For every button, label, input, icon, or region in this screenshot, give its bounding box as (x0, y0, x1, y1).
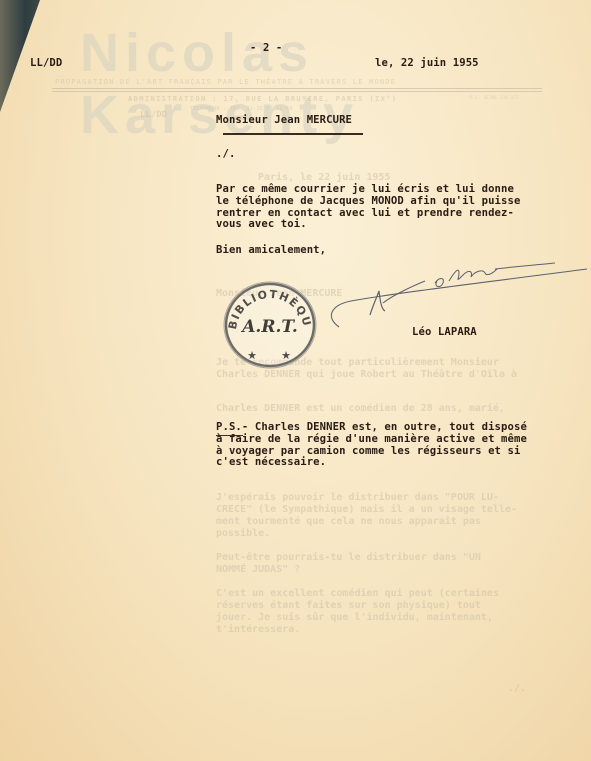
bleed-through-lower-block: J'espérais pouvoir le distribuer dans "P… (216, 492, 517, 636)
bleed-through-line: NOMMÉ JUDAS" ? (216, 564, 517, 576)
letterhead-rule (52, 91, 542, 92)
bleed-through-line: Charles DENNER qui joue Robert au Théâtr… (216, 369, 517, 380)
bleed-through-line: C'est un excellent comédien qui peut (ce… (216, 588, 517, 600)
letterhead-ghost-address: ADMINISTRATION : 17, RUE LA BRUYÈRE, PAR… (128, 95, 398, 103)
handwritten-signature (325, 255, 590, 335)
page-number: - 2 - (250, 42, 282, 54)
letter-page: Nicolas Karsenty PROPAGATION DE L'ART FR… (0, 0, 591, 761)
postscript-line: c'est nécessaire. (216, 457, 576, 469)
stamp-center-text: A.R.T. (240, 317, 298, 337)
letterhead-ghost-tagline: PROPAGATION DE L'ART FRANÇAIS PAR LE THÉ… (55, 78, 396, 86)
signer-name: Léo LAPARA (412, 326, 477, 338)
letterhead-ghost-rc: R.C. SEINE 330.272 (470, 96, 519, 101)
star-icon: ★ (247, 349, 257, 362)
bleed-through-line (216, 576, 517, 588)
recipient-name: Monsieur Jean MERCURE (216, 114, 352, 126)
bleed-through-line: jouer. Je suis sûr que l'individu, maint… (216, 612, 517, 624)
postscript: P.S.- Charles DENNER est, en outre, tout… (216, 422, 576, 469)
bleed-through-line: possible. (216, 528, 517, 540)
reference-initials: LL/DD (30, 57, 62, 69)
bleed-through-line: ment tourmenté que cela ne nous apparaît… (216, 516, 517, 528)
star-icon: ★ (281, 349, 291, 362)
body-line: vous avec toi. (216, 219, 576, 231)
bleed-through-line: CRECE" (le Sympathique) mais il a un vis… (216, 504, 517, 516)
postscript-line: à faire de la régie d'une manière active… (216, 434, 576, 446)
letterhead-ghost-ref: LL/DD (140, 110, 167, 120)
ps-underline (216, 435, 243, 436)
library-stamp: BIBLIOTHÈQUE A.R.T. ★ ★ (222, 280, 318, 370)
closing-salutation: Bien amicalement, (216, 244, 326, 256)
bleed-through-line (216, 540, 517, 552)
bleed-through-continuation: ./. (508, 683, 526, 694)
body-paragraph: Par ce même courrier je lui écris et lui… (216, 184, 576, 231)
recipient-underline (223, 133, 363, 135)
letterhead-ghost-phone: TÉLÉPHONE : TRI. 31-26 ET 02-50 (190, 106, 293, 112)
letter-date: le, 22 juin 1955 (375, 57, 479, 69)
bleed-through-line: réserves étant faites sur son physique) … (216, 600, 517, 612)
body-line: le téléphone de Jacques MONOD afin qu'il… (216, 196, 576, 208)
continuation-mark: ./. (216, 148, 235, 160)
bleed-through-line: t'intéressera. (216, 624, 517, 636)
bleed-through-line: Peut-être pourrais-tu le distribuer dans… (216, 552, 517, 564)
bleed-through-line: Charles DENNER est un comédien de 28 ans… (216, 403, 505, 414)
bleed-through-line: J'espérais pouvoir le distribuer dans "P… (216, 492, 517, 504)
letterhead-rule (52, 88, 542, 89)
